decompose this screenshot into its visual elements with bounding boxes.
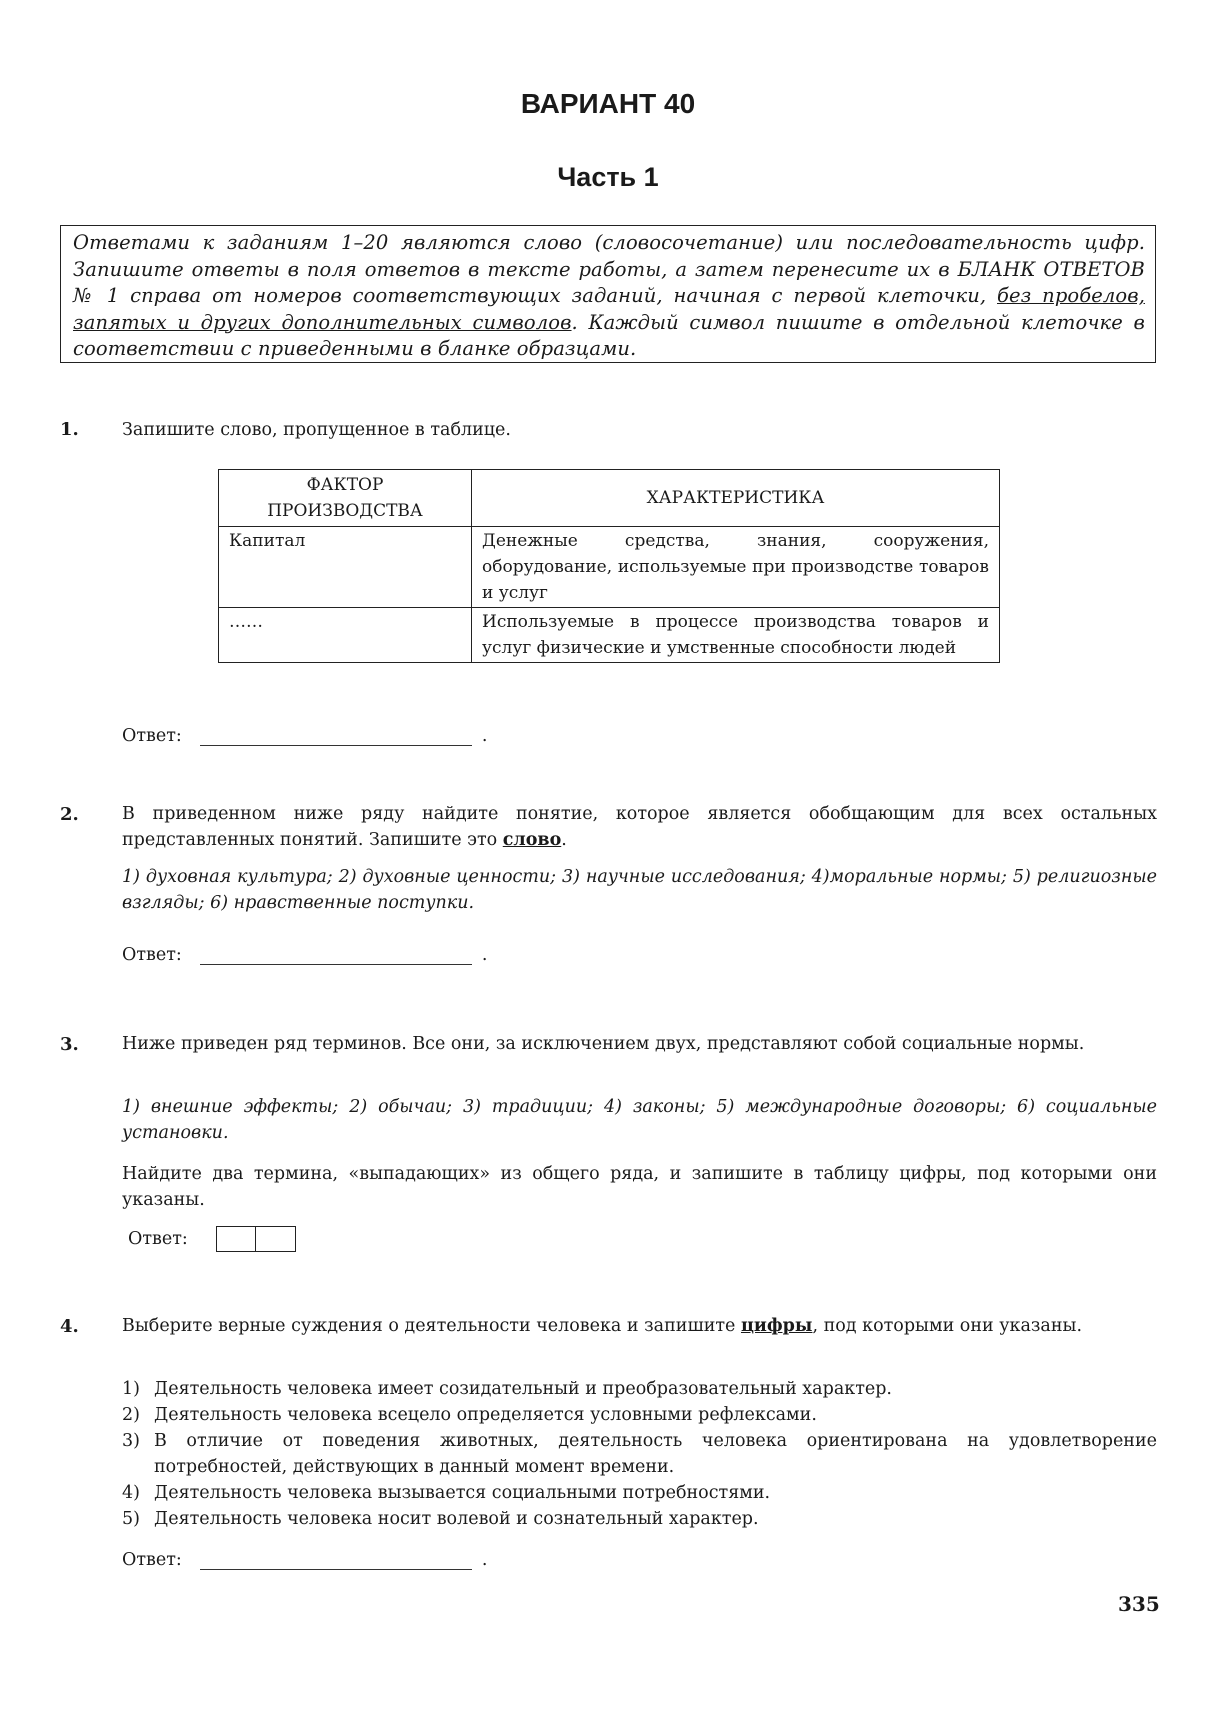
question-3-options: 1) внешние эффекты; 2) обычаи; 3) традиц… [122, 1094, 1157, 1146]
option-number: 1) [122, 1376, 154, 1402]
answer-2-field[interactable] [200, 946, 472, 965]
answer-4-field[interactable] [200, 1551, 472, 1570]
option-text: Деятельность человека вызывается социаль… [154, 1480, 1157, 1506]
question-4-prompt: Выберите верные суждения о деятельности … [122, 1316, 741, 1336]
table-row: Капитал Денежные средства, знания, соору… [219, 527, 1000, 608]
answer-label: Ответ: [122, 726, 182, 746]
answer-dot: . [482, 726, 488, 746]
table-header-factor: ФАКТОР ПРОИЗВОДСТВА [219, 470, 472, 527]
question-4-prompt-end: , под которыми они указаны. [812, 1316, 1082, 1336]
option-text: Деятельность человека носит волевой и со… [154, 1506, 1157, 1532]
table-header-characteristic: ХАРАКТЕРИСТИКА [472, 470, 1000, 527]
answer-label: Ответ: [122, 1550, 182, 1570]
answer-cell-1[interactable] [216, 1226, 256, 1252]
answer-4: Ответ: . [122, 1550, 487, 1570]
question-4-text: Выберите верные суждения о деятельности … [122, 1313, 1157, 1339]
list-item: 3)В отличие от поведения животных, деяте… [122, 1428, 1157, 1480]
instructions-text: Ответами к заданиям 1–20 являются слово … [73, 231, 1145, 307]
instructions-box: Ответами к заданиям 1–20 являются слово … [60, 225, 1156, 363]
option-text: Деятельность человека всецело определяет… [154, 1402, 1157, 1428]
option-number: 3) [122, 1428, 154, 1480]
table-cell: Капитал [219, 527, 472, 608]
answer-1: Ответ: . [122, 726, 487, 746]
question-4-number: 4. [60, 1316, 79, 1337]
question-3-number: 3. [60, 1034, 79, 1055]
answer-label: Ответ: [122, 945, 182, 965]
answer-dot: . [482, 1550, 488, 1570]
question-2-prompt: В приведенном ниже ряду найдите понятие,… [122, 804, 1157, 850]
answer-2: Ответ: . [122, 945, 487, 965]
table-cell: Используемые в процессе производства тов… [472, 608, 1000, 663]
question-1-number: 1. [60, 419, 79, 440]
answer-dot: . [482, 945, 488, 965]
option-text: Деятельность человека имеет созидательны… [154, 1376, 1157, 1402]
answer-3: Ответ: [128, 1226, 296, 1252]
table-header-row: ФАКТОР ПРОИЗВОДСТВА ХАРАКТЕРИСТИКА [219, 470, 1000, 527]
table-cell-missing: …… [219, 608, 472, 663]
question-2-text: В приведенном ниже ряду найдите понятие,… [122, 801, 1157, 853]
question-3-text: Ниже приведен ряд терминов. Все они, за … [122, 1031, 1157, 1057]
table-row: …… Используемые в процессе производства … [219, 608, 1000, 663]
list-item: 2)Деятельность человека всецело определя… [122, 1402, 1157, 1428]
variant-title: ВАРИАНТ 40 [0, 88, 1216, 120]
question-4-options: 1)Деятельность человека имеет созидатель… [122, 1376, 1157, 1532]
answer-3-cells [216, 1226, 296, 1252]
part-title: Часть 1 [0, 162, 1216, 193]
table-cell: Денежные средства, знания, сооружения, о… [472, 527, 1000, 608]
list-item: 5)Деятельность человека носит волевой и … [122, 1506, 1157, 1532]
factors-table: ФАКТОР ПРОИЗВОДСТВА ХАРАКТЕРИСТИКА Капит… [218, 469, 1000, 663]
answer-1-field[interactable] [200, 727, 472, 746]
answer-cell-2[interactable] [256, 1226, 296, 1252]
list-item: 1)Деятельность человека имеет созидатель… [122, 1376, 1157, 1402]
question-2-number: 2. [60, 804, 79, 825]
answer-label: Ответ: [128, 1229, 188, 1249]
question-2-emphasis: слово [503, 830, 562, 850]
list-item: 4)Деятельность человека вызывается социа… [122, 1480, 1157, 1506]
question-3-task: Найдите два термина, «выпадающих» из общ… [122, 1161, 1157, 1213]
question-2-prompt-end: . [561, 830, 567, 850]
option-number: 4) [122, 1480, 154, 1506]
question-2-options: 1) духовная культура; 2) духовные ценнос… [122, 864, 1157, 916]
question-4-emphasis: цифры [741, 1316, 812, 1336]
question-1-text: Запишите слово, пропущенное в таблице. [122, 417, 1157, 443]
option-text: В отличие от поведения животных, деятель… [154, 1428, 1157, 1480]
option-number: 5) [122, 1506, 154, 1532]
page-number: 335 [1118, 1592, 1160, 1616]
option-number: 2) [122, 1402, 154, 1428]
